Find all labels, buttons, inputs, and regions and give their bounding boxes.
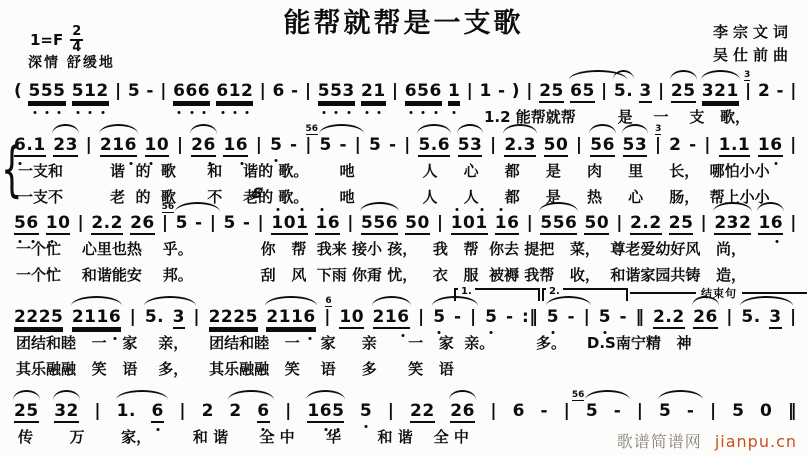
note-token: 556 [320,135,332,155]
note-glyph: 2 [630,213,642,233]
note-token: 512 [72,81,109,103]
segno-icon: S̸ [253,186,264,202]
note-glyph: . [642,213,649,233]
note-glyph: 2 [758,81,770,101]
note-token: 5 [485,307,497,327]
note-glyph: 2 [100,135,112,155]
note-glyph: 3 [173,307,185,327]
note-glyph: | [701,213,708,233]
note-glyph: 5 [330,81,342,101]
note-token: - [776,81,784,101]
note-glyph: | [388,401,395,421]
note-glyph: - [243,213,251,233]
note-token: - [568,307,576,327]
note-glyph: 0 [556,135,568,155]
note-token: 16 [758,213,783,235]
note-glyph: 2 [202,401,214,421]
note-glyph: - [290,135,298,155]
parenthesis: ) [512,81,520,101]
barline: | [616,213,623,233]
note-glyph: 5 [586,401,598,421]
grace-note: 56 [572,390,585,401]
note-glyph: 6 [26,213,38,233]
watermark-site-url: jianpu.cn [715,432,797,451]
note-glyph: - [146,81,154,101]
note-glyph: 1 [84,307,96,327]
note-glyph: | [658,81,665,101]
note-glyph: 5 [485,307,497,327]
note-glyph: 6 [303,307,315,327]
note-token: 53 [458,135,483,157]
note-glyph: 5 [599,307,611,327]
note-glyph: 3 [769,307,781,327]
note-glyph: | [355,135,362,155]
note-glyph: 5 [544,135,556,155]
note-glyph: 0 [760,401,772,421]
note-glyph: ‖ [529,307,538,327]
note-glyph: 6 [570,81,582,101]
note-glyph: | [285,401,292,421]
note-glyph: 2 [14,307,26,327]
note-glyph: 2 [233,307,245,327]
note-token: 2.2 [91,213,123,235]
note-token: 25 [671,81,696,103]
note-glyph: | [404,135,411,155]
note-glyph: 1 [223,135,235,155]
barline: | [790,81,797,101]
note-glyph: . [665,307,672,327]
note-glyph: 5 [360,401,372,421]
note-glyph: 3 [470,135,482,155]
barline: :‖ [522,307,538,327]
parenthesis: ( [14,81,22,101]
sheet-music-page: 能帮就帮是一支歌 1=F 2 4 深情 舒缓地 李宗文词 吴仕前曲 (55551… [0,0,807,455]
barline: |S̸ [258,213,265,233]
note-glyph: 6 [429,81,441,101]
note-glyph: 2 [669,213,681,233]
note-glyph: . [157,307,164,327]
note-glyph: 1 [758,213,770,233]
barline: ‖ [636,307,645,327]
note-glyph: | [655,135,662,155]
note-glyph: 1 [307,401,319,421]
note-glyph: ( [14,81,22,101]
barline: | [637,401,644,421]
note-glyph: 5 [433,307,445,327]
note-glyph: 1 [296,213,308,233]
music-systems: (555512|5-|666612|6-|55321|6561|1-)|2565… [14,0,797,455]
note-glyph: 5 [582,81,594,101]
note-glyph: 1 [726,81,738,101]
note-token: 6.1 [14,135,46,157]
note-token: 53 [623,135,648,157]
note-glyph: 6 [463,401,475,421]
note-glyph: | [790,135,797,155]
note-token: - [506,307,514,327]
note-token: 556 [361,213,398,235]
note-token: 1. [117,401,136,421]
note-glyph: 5 [320,135,332,155]
note-token: - [498,81,506,101]
barline: | [193,307,200,327]
barline: | [392,81,399,101]
note-glyph: 6 [705,307,717,327]
note-token: 23 [53,135,78,157]
note-glyph: | [601,81,608,101]
note-glyph: 1 [719,135,731,155]
note-glyph: | [584,307,591,327]
note-token: 5 [360,401,372,421]
note-glyph: 6 [125,135,137,155]
note-glyph: 5 [246,307,258,327]
note-glyph: 2 [373,307,385,327]
note-glyph: 2 [229,401,241,421]
barline: | [658,81,665,101]
note-token: 6 [273,81,285,101]
note-token: 5. [145,307,164,327]
barline: | [701,213,708,233]
note-token: 56 [14,213,39,235]
note-glyph: | [94,401,101,421]
barline: | [130,307,137,327]
note-glyph: 6 [151,401,163,421]
notation-row: 2532|1.6|226|1655|2226|6-|556-|5-|50‖ [14,386,797,423]
grace-note: 3 [744,70,750,81]
note-glyph: | [527,213,534,233]
lyrics-line-2: 一个忙 和谐能安 邦。 刮 风 下雨 你甭 忧， 衣 服 被褥 我帮 收， 和谐… [14,264,797,287]
note-glyph: - [776,81,784,101]
note-glyph: 1 [112,135,124,155]
note-glyph: 5 [590,135,602,155]
note-glyph: 1 [373,81,385,101]
note-glyph: 3 [727,213,739,233]
note-token: 6 [151,401,163,423]
note-glyph: 6 [405,81,417,101]
note-glyph: . [731,135,738,155]
barline: | [177,135,184,155]
note-token: 32 [54,401,79,423]
note-glyph: 6 [273,81,285,101]
note-glyph: 1 [738,135,750,155]
note-glyph: 5 [418,135,430,155]
barline: | [601,81,608,101]
note-glyph: . [754,307,761,327]
note-glyph: - [568,307,576,327]
note-glyph: | [490,135,497,155]
note-token: 3 [769,307,781,329]
note-token: 2 [229,401,241,421]
barline: | [160,81,167,101]
barline: | [790,213,797,233]
note-token: 321 [702,81,739,103]
note-glyph: 6 [328,213,340,233]
note-token: 22 [410,401,435,423]
barline: | [86,135,93,155]
note-token: 1 [448,81,460,103]
note-token: 555 [28,81,65,103]
system-3: 5610|2.226|556-|5-|S̸10116|55650|10116|5… [14,186,797,286]
note-glyph: 1 [448,81,460,101]
note-glyph: | [704,135,711,155]
barline: | [790,135,797,155]
note-glyph: 5 [458,135,470,155]
barline: | [526,81,533,101]
note-glyph: | [210,213,217,233]
note-glyph: 2 [653,307,665,327]
note-token: 2116 [72,307,121,329]
barline: | [710,401,717,421]
note-token: 2116 [266,307,315,329]
note-glyph: | [256,135,263,155]
note-glyph: 0 [58,213,70,233]
note-glyph: | [260,81,267,101]
note-glyph: 5 [552,81,564,101]
note-token: 5 [270,135,282,155]
note-glyph: 3 [342,81,354,101]
barline: | [745,81,752,101]
note-glyph: | [490,401,497,421]
note-glyph: 3 [54,401,66,421]
note-glyph: 0 [463,213,475,233]
note-glyph: 1 [475,213,487,233]
note-glyph: 2 [266,307,278,327]
note-glyph: 2 [221,307,233,327]
note-glyph: 2 [241,81,253,101]
note-glyph: 6 [109,307,121,327]
note-glyph: 6 [507,213,519,233]
note-glyph: 2 [67,401,79,421]
note-glyph: | [78,213,85,233]
note-token: 56 [590,135,615,157]
note-glyph: 5 [270,135,282,155]
note-glyph: | [160,81,167,101]
note-token: - [339,135,347,155]
note-glyph: 2 [539,81,551,101]
note-glyph: 5 [128,81,140,101]
note-glyph: 0 [417,213,429,233]
note-glyph: 0 [284,213,296,233]
note-glyph: - [195,213,203,233]
note-glyph: 6 [320,401,332,421]
barline: ‖ [788,401,797,421]
note-token: 2.2 [653,307,685,329]
note-glyph: 2 [39,307,51,327]
barline: | [437,213,444,233]
system-1: (555512|5-|666612|6-|55321|6561|1-)|2565… [14,68,797,129]
note-glyph: 6 [185,81,197,101]
note-glyph: . [104,213,111,233]
note-glyph: 6 [198,81,210,101]
note-glyph: 2 [361,81,373,101]
note-token: 23 [758,81,770,101]
note-glyph: | [564,401,571,421]
note-glyph: | [193,307,200,327]
note-token: 26 [130,213,155,235]
note-glyph: . [517,135,524,155]
barline: | [584,307,591,327]
note-glyph: 1 [271,213,283,233]
barline: | [260,81,267,101]
note-glyph: | [305,81,312,101]
note-glyph: 5 [614,81,626,101]
note-glyph: 5 [145,307,157,327]
note-token: 556 [176,213,188,233]
note-glyph: 6 [438,135,450,155]
note-glyph: 5 [584,213,596,233]
notation-row: 5610|2.226|556-|5-|S̸10116|55650|10116|5… [14,186,797,235]
note-glyph: 5 [223,213,235,233]
note-token: 26 [191,135,216,157]
note-token: 2 [202,401,214,421]
note-glyph: 6 [257,401,269,421]
note-token: - [389,135,397,155]
note-glyph: | [726,307,733,327]
note-glyph: 2 [91,213,103,233]
note-glyph: 5 [318,81,330,101]
note-glyph: 5 [361,213,373,233]
note-glyph: 5 [681,213,693,233]
note-token: 16 [758,135,783,157]
note-glyph: 5 [332,401,344,421]
note-glyph: 2 [209,307,221,327]
note-token: 50 [405,213,430,235]
grace-note: 6 [325,296,331,307]
note-token: 553 [318,81,355,103]
note-glyph: | [710,401,717,421]
note-token: - [620,307,628,327]
note-glyph: 1 [84,81,96,101]
note-glyph: | [467,81,474,101]
note-token: 5 [547,307,559,327]
note-token: 101 [451,213,488,235]
note-token: 656 [405,81,442,103]
note-glyph: - [454,307,462,327]
system-4: 1.2.结束句22252116|5.3|22252116|106216|5-|5… [14,288,797,380]
note-glyph: 5 [51,307,63,327]
note-glyph: 1 [33,135,45,155]
note-token: 5.6 [418,135,450,157]
note-glyph: 2 [693,307,705,327]
note-glyph: - [689,135,697,155]
note-token: - [541,401,549,421]
barline: | [490,135,497,155]
note-token: 65 [570,81,595,103]
note-glyph: 6 [173,81,185,101]
note-glyph: | [86,135,93,155]
watermark: 歌谱简谱网 jianpu.cn [617,429,797,452]
note-token: 5. [741,307,760,327]
note-glyph: 6 [771,213,783,233]
note-glyph: 5 [417,81,429,101]
note-token: - [454,307,462,327]
note-glyph: - [614,401,622,421]
note-glyph: 2 [53,135,65,155]
note-glyph: | [745,81,752,101]
note-glyph: . [26,135,33,155]
note-glyph: 5 [540,213,552,233]
note-glyph: | [177,135,184,155]
barline: | [564,401,571,421]
note-glyph: 1 [758,135,770,155]
barline: | [388,401,395,421]
note-token: - [195,213,203,233]
lyrics-line-1: 团结和睦 一 家 亲， 团结和睦 一 家 亲 一 家 亲。 多。 D.S南宁精 … [14,332,797,355]
note-glyph: - [291,81,299,101]
note-glyph: 6 [513,401,525,421]
note-glyph: 2 [739,213,751,233]
note-glyph: 2 [130,213,142,233]
watermark-site-name: 歌谱简谱网 [617,432,702,451]
note-token: 16 [315,213,340,235]
note-glyph: 5 [405,213,417,233]
barline: | [418,307,425,327]
note-glyph: : [522,307,529,327]
note-glyph: 3 [702,81,714,101]
barline: | [355,135,362,155]
note-glyph: 1 [315,213,327,233]
note-token: 5 [369,135,381,155]
note-glyph: 5 [683,81,695,101]
note-glyph: 1 [291,307,303,327]
note-glyph: | [526,81,533,101]
note-glyph: 6 [236,135,248,155]
note-glyph: 1 [385,307,397,327]
note-glyph: 6 [142,213,154,233]
note-token: 3 [173,307,185,329]
note-token: 5 [433,307,445,327]
note-glyph: | [324,307,331,327]
note-glyph: | [616,213,623,233]
note-token: - [146,81,154,101]
grace-note: 3 [655,124,661,135]
note-glyph: | [790,81,797,101]
note-token: 16 [223,135,248,157]
note-token: 232 [714,213,751,235]
note-token: 26 [693,307,718,329]
note-glyph: 6 [397,307,409,327]
note-token: 5. [614,81,633,101]
barline: | [94,401,101,421]
note-glyph: 3 [524,135,536,155]
note-glyph: | [130,307,137,327]
note-token: 50 [584,213,609,235]
barline: | [210,213,217,233]
note-glyph: 2 [72,307,84,327]
note-glyph: 3 [66,135,78,155]
note-glyph: 1 [279,307,291,327]
note-token: 666 [173,81,210,103]
note-glyph: 0 [597,213,609,233]
lyrics-line-1: 一个忙 心里也热 乎。 你 帮 我来 接小 孩， 我 帮 你去 提把 菜， 尊老… [14,238,797,261]
note-glyph: . [626,81,633,101]
note-glyph: 5 [373,213,385,233]
note-glyph: 2 [714,213,726,233]
barline: | [256,135,263,155]
note-token: 25 [14,401,39,423]
note-glyph: - [339,135,347,155]
note-glyph: 6 [565,213,577,233]
note-glyph: | [576,135,583,155]
note-token: - [689,135,697,155]
note-glyph: | [258,213,265,233]
note-token: 5 [732,401,744,421]
note-token: 21 [361,81,386,103]
note-glyph: 2 [26,307,38,327]
barline: | [404,135,411,155]
note-glyph: | [305,135,312,155]
barline: | [726,307,733,327]
note-token: 2.2 [630,213,662,235]
